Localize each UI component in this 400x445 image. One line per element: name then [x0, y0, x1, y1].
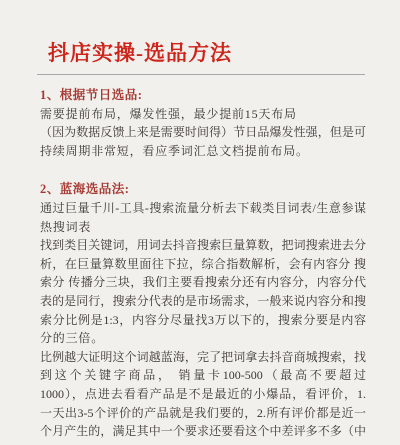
text-line: 需要提前布局，爆发性强，最少提前15天布局	[40, 105, 366, 124]
section-heading: 1、根据节日选品:	[40, 86, 366, 105]
text-line: 比例越大证明这个词越蓝海，完了把词拿去抖音商城搜索，找	[40, 348, 366, 367]
text-line: 1000），点进去看看产品是不是最近的小爆品，看评价，1.	[40, 385, 366, 404]
page-title: 抖店实操-选品方法	[48, 40, 365, 66]
document-header: 抖店实操-选品方法	[37, 40, 365, 75]
text-line: 索分比例是1:3，内容分尽量找3万以下的，搜索分要是内容	[40, 311, 366, 330]
text-line: 通过巨量千川-工具-搜索流量分析去下载类目词表/生意参谋	[40, 199, 366, 218]
document-page: 抖店实操-选品方法 1、根据节日选品: 需要提前布局，爆发性强，最少提前15天布…	[0, 0, 400, 441]
text-line: 析，在巨量算数里面往下拉，综合指数解析，会有内容分 搜	[40, 255, 366, 274]
text-line: 到这个关键字商品， 销量卡100-500（最高不要超过	[40, 366, 366, 385]
title-divider	[37, 74, 365, 75]
text-line: 索分 传播分三块，我们主要看搜索分还有内容分，内容分代	[40, 273, 366, 292]
section-holiday-selection: 1、根据节日选品: 需要提前布局，爆发性强，最少提前15天布局 （因为数据反馈上…	[40, 86, 366, 160]
text-line: （因为数据反馈上来是需要时间得）节日品爆发性强，但是可	[40, 123, 366, 142]
section-blue-ocean-selection: 2、蓝海选品法: 通过巨量千川-工具-搜索流量分析去下载类目词表/生意参谋 热搜…	[40, 180, 366, 440]
text-line: 一天出3-5个评价的产品就是我们要的，2.所有评价都是近一	[40, 404, 366, 423]
text-line: 个月产生的，满足其中一个要求还要看这个中差评多不多（中	[40, 422, 366, 441]
text-line: 热搜词表	[40, 218, 366, 237]
text-line: 找到类目关键词，用词去抖音搜索巨量算数，把词搜索进去分	[40, 236, 366, 255]
document-body: 1、根据节日选品: 需要提前布局，爆发性强，最少提前15天布局 （因为数据反馈上…	[40, 86, 366, 441]
text-line: 分的三倍。	[40, 329, 366, 348]
text-line: 持续周期非常短，看应季词汇总文档提前布局。	[40, 142, 366, 161]
section-heading: 2、蓝海选品法:	[40, 180, 366, 199]
text-line: 表的是同行，搜索分代表的是市场需求，一般来说内容分和搜	[40, 292, 366, 311]
